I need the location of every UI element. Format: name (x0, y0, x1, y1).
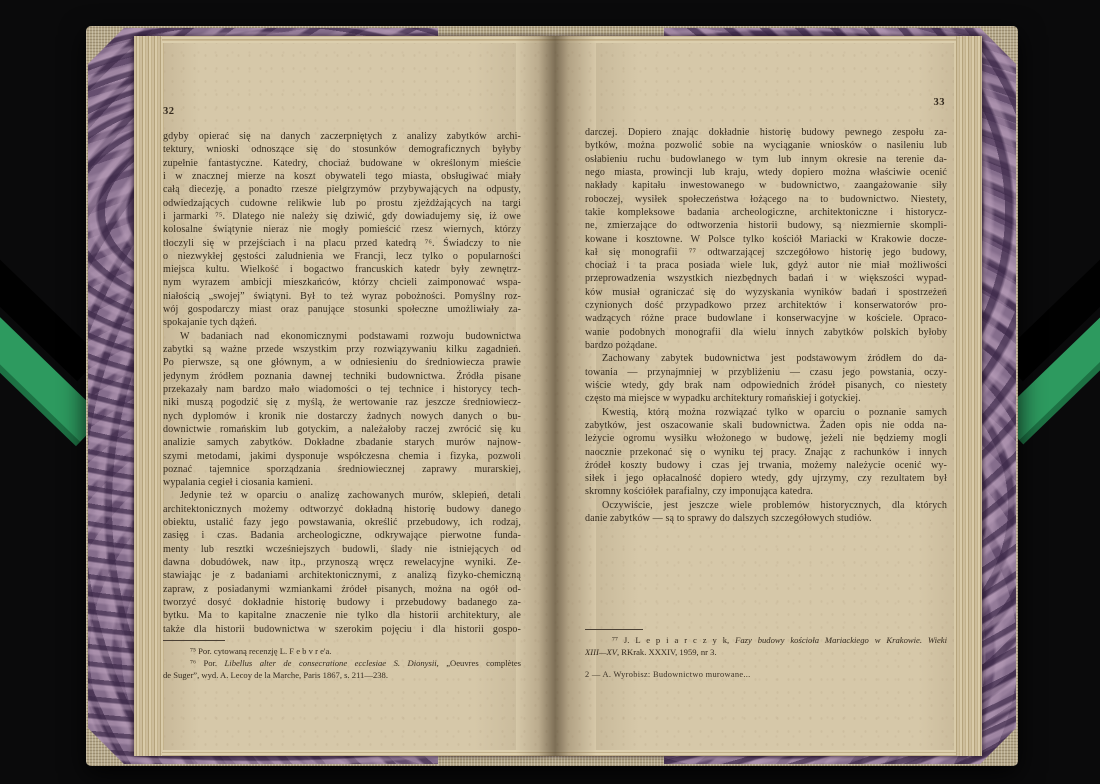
text-line: Kwestią, którą można rozwiązać tylko w o… (585, 406, 947, 419)
text-line: danie zabytków — są to sprawy do dalszyc… (585, 512, 947, 525)
text-line: kał się monografii ⁷⁷ odtwarzającej szcz… (585, 246, 947, 259)
text-line: gdyby opierać się na danych zaczerpnięty… (163, 130, 521, 143)
text-line: zabytków, jest oszacowanie skali budowni… (585, 419, 947, 432)
text-line: czynionych dość przypadkowo przez archit… (585, 299, 947, 312)
text-line: przekazały nam bardzo mało wiadomości o … (163, 383, 521, 396)
text-line: chociaż i ta praca posiada wiele luk, gd… (585, 259, 947, 272)
text-line: zapraw, z posiadanymi wzmiankami źródeł … (163, 583, 521, 596)
text-line: często ma miejsce w wypadku architektury… (585, 392, 947, 405)
page-edges-left (134, 36, 164, 756)
footnote-line: ⁷⁵ Por. cytowaną recenzję L. F e b v r e… (163, 646, 521, 658)
text-line: bytku. Ma to kapitalne znaczenie nie tyl… (163, 609, 521, 622)
text-line: towania — przynajmniej w przybliżeniu — … (585, 366, 947, 379)
text-line: niałością „swojej” świątyni. Był to też … (163, 290, 521, 303)
text-line: wiście wtedy, gdy brak nam odpowiednich … (585, 379, 947, 392)
text-line: i w znacznej mierze na koszt obywateli t… (163, 170, 521, 183)
text-line: Zachowany zabytek budownictwa jest podst… (585, 352, 947, 365)
text-line: zasięg i czas. Badania archeologiczne, o… (163, 529, 521, 542)
text-line: downictwie romańskim lub gotyckim, a nal… (163, 423, 521, 436)
left-page-text: gdyby opierać się na danych zaczerpnięty… (163, 130, 521, 636)
text-line: nego miasta, prowincji lub kraju, wtedy … (585, 166, 947, 179)
scanned-book-photo: { "colors": { "background": "#0a0a0b", "… (0, 0, 1100, 784)
text-line: jedynym źródłem poznania dawnej techniki… (163, 370, 521, 383)
text-line: odwiedzających cudowne relikwie lub po p… (163, 197, 521, 210)
text-line: Oczywiście, jest jeszcze wiele problemów… (585, 499, 947, 512)
text-line: menty lub resztki wcześniejszych budowli… (163, 543, 521, 556)
printer-signature-line: 2 — A. Wyrobisz: Budownictwo murowane... (585, 670, 947, 679)
text-line: skromny kościółek parafialny, czy imponu… (585, 485, 947, 498)
text-line: źródeł koszty budowy i czas jej trwania,… (585, 459, 947, 472)
footnote-italic-text: Fazy budowy kościoła Mariackiego w Krako… (735, 635, 947, 645)
text-line: szymi metodami, jakimi dysponuje współcz… (163, 450, 521, 463)
text-line: wanie podobnych monografii dla wielu inn… (585, 326, 947, 339)
text-line: ne, zmierzające do odtworzenia historii … (585, 219, 947, 232)
text-line: roboczej, wysiłek społeczeństwa łożącego… (585, 193, 947, 206)
footnote-text: ⁷⁶ Por. (190, 658, 225, 668)
text-line: miejsca kultu. Wielkość i bogactwo franc… (163, 263, 521, 276)
text-line: ków musiał ograniczać się do wyzyskania … (585, 286, 947, 299)
text-line: Jedynie też w oparciu o analizę zachowan… (163, 489, 521, 502)
footnote-text: ⁷⁷ J. L e p i a r c z y k, (612, 635, 735, 645)
text-line: wadzących różne prace budowlane i konser… (585, 312, 947, 325)
text-line: zabytki są ważne przede wszystkim przy r… (163, 343, 521, 356)
text-line: darczej. Dopiero znając dokładnie histor… (585, 126, 947, 139)
text-line: kolosalne świątynie nieraz nie mogły pom… (163, 223, 521, 236)
book-gutter-shadow (516, 36, 596, 756)
left-page-footnotes: ⁷⁵ Por. cytowaną recenzję L. F e b v r e… (163, 646, 521, 682)
footnote-text: , „Oeuvres complètes (437, 658, 521, 668)
text-line: bardzo pożądane. (585, 339, 947, 352)
text-line: całą diecezję, a ponadto rzesze pielgrzy… (163, 183, 521, 196)
text-line: także dla historii budownictwa w szeroki… (163, 623, 521, 636)
text-line: nakłady kapitału inwestowanego w budowni… (585, 179, 947, 192)
text-line: niki muszą pogodzić się z myślą, że wert… (163, 396, 521, 409)
text-line: dawna dobudówek, naw itp., przynoszą wrę… (163, 556, 521, 569)
text-line: analizie samych zabytków. Dokładne zbada… (163, 436, 521, 449)
text-line: naocznie przekonać się o wyniku tej prac… (585, 446, 947, 459)
footnote-text: de Suger”, wyd. A. Lecoy de la Marche, P… (163, 670, 388, 680)
text-line: przeprowadzenia wszystkich niezbędnych b… (585, 272, 947, 285)
left-page-number: 32 (163, 106, 223, 117)
text-line: osłabieniu ruchu budowlanego w tym lub i… (585, 153, 947, 166)
text-line: obiektu, ustalić fazy jego powstawania, … (163, 516, 521, 529)
left-footnote-rule (163, 640, 225, 641)
footnote-line: de Suger”, wyd. A. Lecoy de la Marche, P… (163, 670, 521, 682)
text-line: tektury, wnioski odnoszące się do stosun… (163, 143, 521, 156)
right-footnote-rule (585, 629, 643, 630)
text-line: poznać tajemnice sporządzania średniowie… (163, 463, 521, 476)
text-line: wój gospodarczy miast oraz panujące stos… (163, 303, 521, 316)
text-line: Po pierwsze, są one głównym, a w odniesi… (163, 356, 521, 369)
text-line: o niezwykłej gęstości zaludnienia we Fra… (163, 250, 521, 263)
text-line: leżycie ogromu wysiłku włożonego w budow… (585, 432, 947, 445)
footnote-line: ⁷⁶ Por. Libellus alter de consecratione … (163, 658, 521, 670)
text-line: stawiając je z badaniami architektoniczn… (163, 569, 521, 582)
text-line: W badaniach nad ekonomicznymi podstawami… (163, 330, 521, 343)
text-line: nych dyplomów i kronik nie dostarczy żad… (163, 410, 521, 423)
footnote-italic-text: Libellus alter de consecratione ecclesia… (225, 658, 437, 668)
text-line: kowane i kosztowne. W Polsce tylko kości… (585, 233, 947, 246)
footnote-text: , RKrak. XXXIV, 1959, nr 3. (617, 647, 717, 657)
text-line: takie kompleksowe badania archeologiczne… (585, 206, 947, 219)
footnote-line: XIII—XV, RKrak. XXXIV, 1959, nr 3. (585, 647, 947, 659)
right-page-text: darczej. Dopiero znając dokładnie histor… (585, 126, 947, 525)
text-line: wypalania cegieł i ciosania kamieni. (163, 476, 521, 489)
text-line: i jarmarki ⁷⁵. Dlatego nie należy się dz… (163, 210, 521, 223)
page-edges-right (954, 36, 982, 756)
right-page-number: 33 (585, 97, 945, 108)
text-line: zupełnie fantastyczne. Katedry, chociaż … (163, 157, 521, 170)
footnote-line: ⁷⁷ J. L e p i a r c z y k, Fazy budowy k… (585, 635, 947, 647)
text-line: architektonicznych możemy odtworzyć dokł… (163, 503, 521, 516)
text-line: siłek i jego opłacalność dopiero wtedy, … (585, 472, 947, 485)
footnote-italic-text: XIII—XV (585, 647, 617, 657)
text-line: bytków, można pozwolić sobie na wyciągan… (585, 139, 947, 152)
right-page-footnotes: ⁷⁷ J. L e p i a r c z y k, Fazy budowy k… (585, 635, 947, 659)
text-line: spokajanie tych dążeń. (163, 316, 521, 329)
text-line: tworzyć dosyć dokładnie historię budowy … (163, 596, 521, 609)
text-line: nym wyrazem ambicji mieszkańców, którzy … (163, 276, 521, 289)
footnote-text: ⁷⁵ Por. cytowaną recenzję L. F e b v r e… (190, 646, 331, 656)
text-line: tłoczyli się w przejściach i na placu pr… (163, 237, 521, 250)
